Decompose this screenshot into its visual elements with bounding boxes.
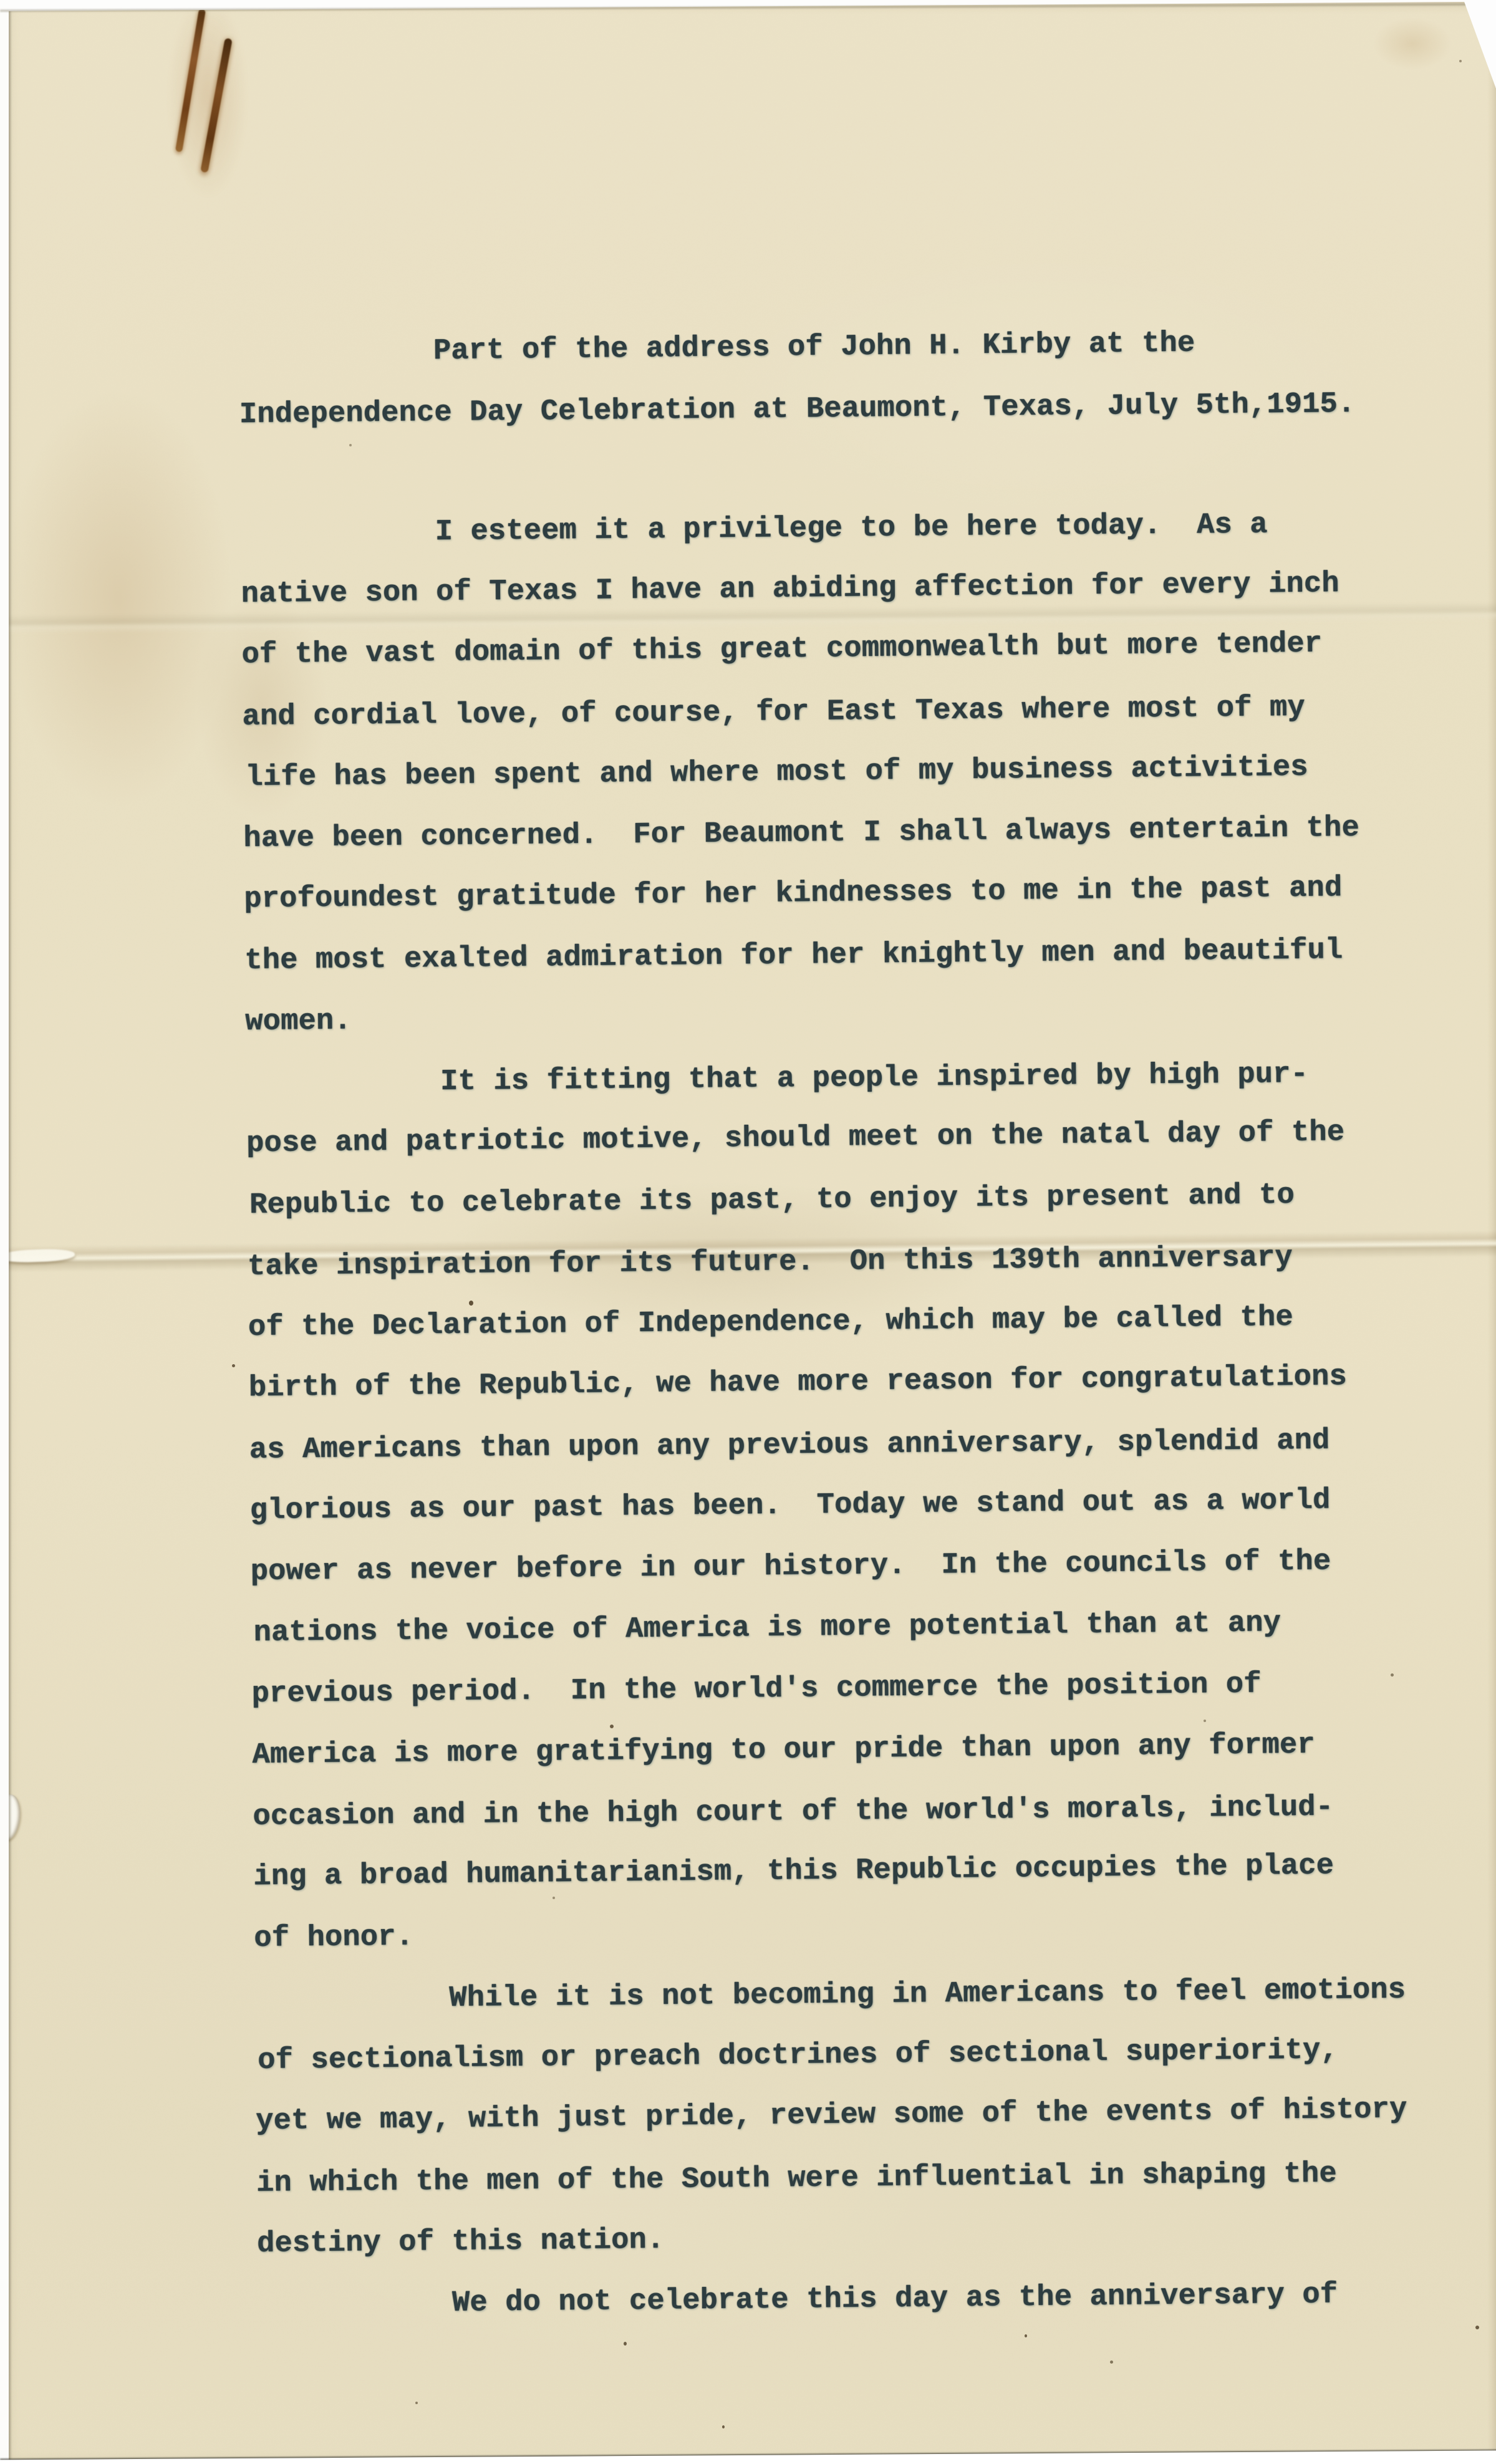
- text-line: the most exalted admiration for her knig…: [244, 920, 1436, 992]
- heading-line-2: Independence Day Celebration at Beaumont…: [239, 373, 1431, 446]
- text-line: I esteem it a privilege to be here today…: [240, 493, 1432, 565]
- text-line: power as never before in our history. In…: [250, 1531, 1442, 1603]
- text-line: of the vast domain of this great commonw…: [241, 613, 1433, 686]
- text-line: life has been spent and where most of my…: [245, 736, 1437, 809]
- paper-speck: [624, 2342, 627, 2346]
- text-line: destiny of this nation.: [257, 2203, 1449, 2275]
- paper-speck: [232, 1364, 235, 1367]
- paper-speck: [415, 2402, 418, 2404]
- text-line: pose and patriotic motive, should meet o…: [246, 1102, 1438, 1175]
- paper-speck: [722, 2425, 725, 2428]
- text-line: as Americans than upon any previous anni…: [249, 1410, 1441, 1481]
- text-line: previous period. In the world's commerce…: [251, 1653, 1443, 1725]
- paper-speck: [1459, 60, 1462, 62]
- text-line: profoundest gratitude for her kindnesses…: [244, 857, 1436, 931]
- text-line: yet we may, with just pride, review some…: [256, 2079, 1447, 2153]
- text-line: nations the voice of America is more pot…: [253, 1592, 1445, 1664]
- text-line: glorious as our past has been. Today we …: [249, 1470, 1441, 1542]
- paper-speck: [1025, 2334, 1027, 2337]
- document-page: Part of the address of John H. Kirby at …: [0, 0, 1496, 2464]
- typewritten-text: Part of the address of John H. Kirby at …: [239, 312, 1449, 2336]
- rust-stain-halo: [167, 12, 248, 200]
- text-line: women.: [245, 981, 1437, 1053]
- paper-speck: [1110, 2361, 1113, 2364]
- text-line: take inspiration for its future. On this…: [248, 1226, 1439, 1298]
- text-line: ing a broad humanitarianism, this Republ…: [253, 1835, 1445, 1908]
- scanned-document: { "doc": { "heading": [ "Part of the add…: [0, 0, 1496, 2464]
- text-line: birth of the Republic, we have more reas…: [249, 1346, 1441, 1420]
- heading-line-1: Part of the address of John H. Kirby at …: [239, 311, 1431, 385]
- paper-speck: [1475, 2326, 1479, 2329]
- scanner-edge-left: [0, 0, 9, 2464]
- text-line: We do not celebrate this day as the anni…: [258, 2264, 1449, 2336]
- text-line: in which the men of the South were influ…: [256, 2143, 1448, 2215]
- text-line: Republic to celebrate its past, to enjoy…: [249, 1164, 1441, 1236]
- scanner-corner-top-right: [1464, 0, 1496, 89]
- text-line: of honor.: [254, 1897, 1445, 1970]
- text-line: America is more gratifying to our pride …: [252, 1714, 1444, 1786]
